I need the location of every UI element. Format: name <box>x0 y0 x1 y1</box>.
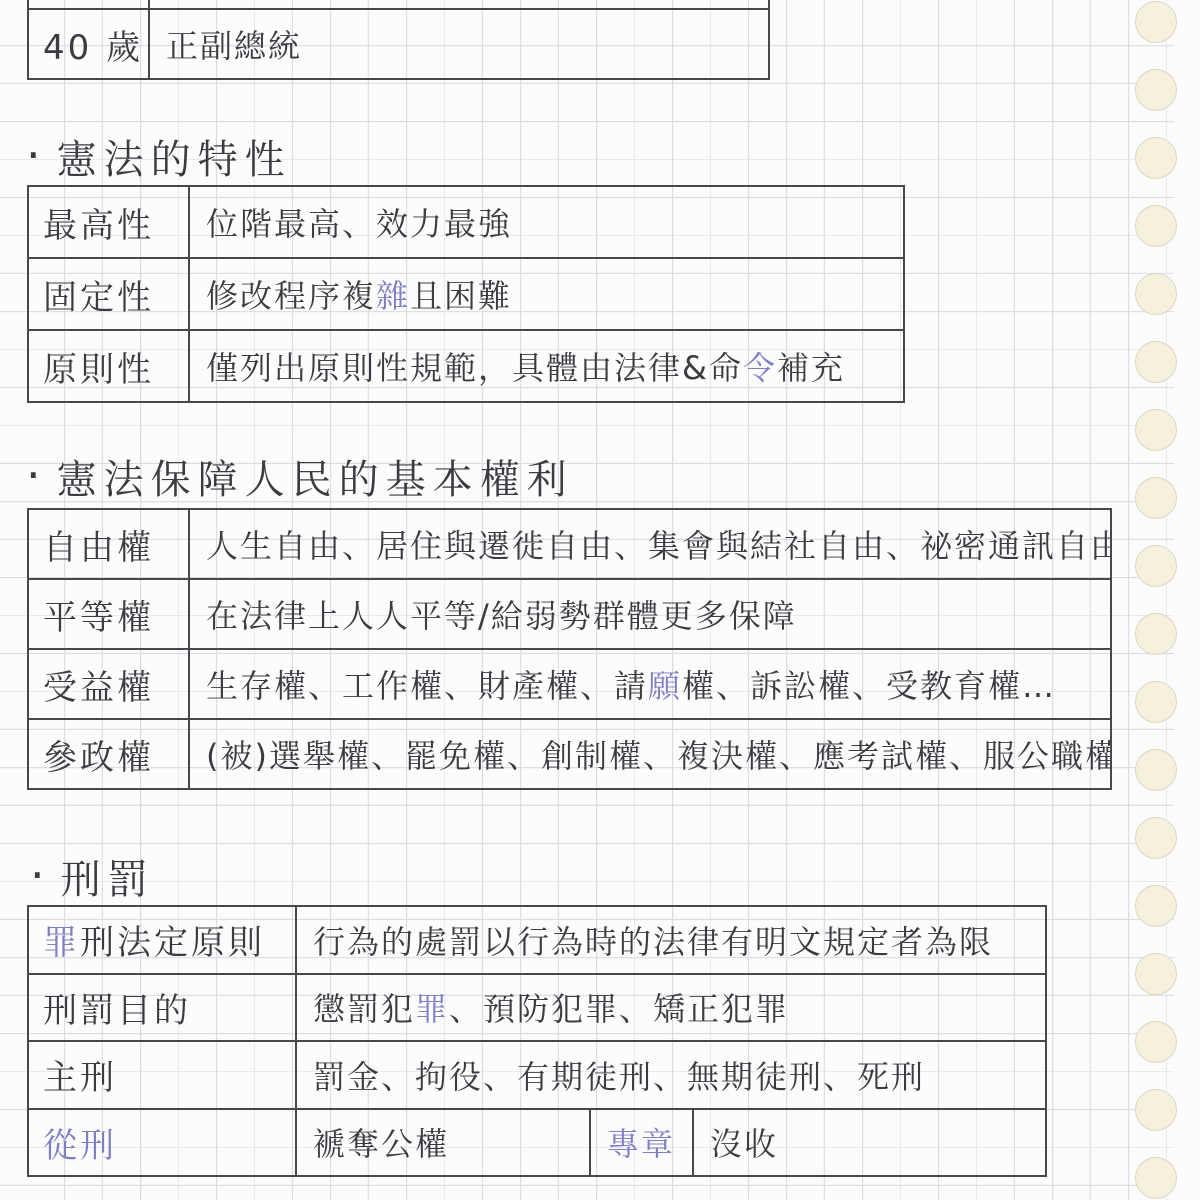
ink-segment: 40 歲 <box>43 20 143 69</box>
row-content: 人生自由、居住與遷徙自由、集會與結社自由、祕密通訊自由… <box>190 510 1110 578</box>
ink-segment: 生存權、工作權、財產權、請 <box>206 661 648 707</box>
row-label: 平等權 <box>29 580 190 648</box>
row-label: 原則性 <box>29 331 190 401</box>
table-row: 刑罰目的 懲罰犯罪、預防犯罪、矯正犯罪 <box>29 973 1045 1041</box>
age-40-label: 40 歲 <box>29 10 150 78</box>
ink-segment: 平等權 <box>43 590 154 639</box>
ink-segment: 正副總統 <box>166 21 302 67</box>
ink-segment: 懲罰犯 <box>313 984 415 1030</box>
constitution-features-table: 最高性 位階最高、效力最強 固定性 修改程序複雜且困難 原則性 僅列出原則性規範… <box>27 185 905 403</box>
ink-segment: 從刑 <box>43 1118 117 1167</box>
section-heading-constitution-features: · 憲法的特性 <box>26 128 292 185</box>
ink-segment: 人生自由、居住與遷徙自由、集會與結社自由、祕密通訊自由… <box>206 521 1110 567</box>
ink-segment: 令 <box>743 343 777 389</box>
heading-text: 刑罰 <box>61 848 155 905</box>
ink-segment: 修改程序複 <box>206 271 376 317</box>
row-content: (被)選舉權、罷免權、創制權、複決權、應考試權、服公職權 <box>190 720 1110 788</box>
table-row-partial <box>29 0 768 8</box>
age-requirements-table: 40 歲 正副總統 <box>27 0 770 80</box>
ink-segment: 罰金、拘役、有期徒刑、無期徒刑、死刑 <box>313 1052 925 1098</box>
basic-rights-table: 自由權 人生自由、居住與遷徙自由、集會與結社自由、祕密通訊自由… 平等權 在法律… <box>27 508 1112 790</box>
ink-segment: 願 <box>648 661 682 707</box>
table-row: 主刑 罰金、拘役、有期徒刑、無期徒刑、死刑 <box>29 1040 1045 1108</box>
ink-segment: 行為的處罰以行為時的法律有明文規定者為限 <box>313 917 993 963</box>
table-row: 固定性 修改程序複雜且困難 <box>29 257 903 329</box>
ink-segment: 專章 <box>607 1119 675 1165</box>
ink-segment: 、預防犯罪、矯正犯罪 <box>449 984 789 1030</box>
row-label: 主刑 <box>29 1042 297 1108</box>
ink-segment: 固定性 <box>43 270 154 319</box>
table-row: 原則性 僅列出原則性規範，具體由法律&命令補充 <box>29 329 903 401</box>
ink-segment: 原則性 <box>43 342 154 391</box>
row-content: 行為的處罰以行為時的法律有明文規定者為限 <box>297 907 1045 973</box>
row-label: 最高性 <box>29 187 190 257</box>
ink-segment: 僅列出原則性規範，具體由法律&命 <box>206 343 743 389</box>
ink-segment: 雜 <box>376 271 410 317</box>
ink-segment: 褫奪公權 <box>313 1119 449 1165</box>
ink-segment: (被)選舉權、罷免權、創制權、複決權、應考試權、服公職權 <box>206 731 1110 777</box>
row-label: 從刑 <box>29 1110 297 1176</box>
row-label: 刑罰目的 <box>29 975 297 1041</box>
row-label: 罪刑法定原則 <box>29 907 297 973</box>
ink-segment: 位階最高、效力最強 <box>206 199 512 245</box>
row-label: 受益權 <box>29 650 190 718</box>
row-content: 生存權、工作權、財產權、請願權、訴訟權、受教育權… <box>190 650 1110 718</box>
ink-segment: 沒收 <box>710 1119 778 1165</box>
bullet-dot: · <box>30 852 45 898</box>
row-content: 懲罰犯罪、預防犯罪、矯正犯罪 <box>297 975 1045 1041</box>
section-heading-punishment: · 刑罰 <box>30 848 155 905</box>
table-row: 最高性 位階最高、效力最強 <box>29 187 903 257</box>
punishment-table: 罪刑法定原則 行為的處罰以行為時的法律有明文規定者為限 刑罰目的 懲罰犯罪、預防… <box>27 905 1047 1177</box>
ink-segment: 參政權 <box>43 730 154 779</box>
bullet-dot: · <box>26 132 41 178</box>
notebook-page: 40 歲 正副總統 · 憲法的特性 最高性 位階最高、效力最強 固定性 修改程序… <box>0 0 1200 1200</box>
row-content: 罰金、拘役、有期徒刑、無期徒刑、死刑 <box>297 1042 1045 1108</box>
row-label: 自由權 <box>29 510 190 578</box>
row-subcell: 沒收 <box>694 1110 1045 1176</box>
ink-segment: 最高性 <box>43 198 154 247</box>
ink-segment: 刑法定原則 <box>80 915 265 964</box>
table-cell-label <box>29 0 150 8</box>
ink-segment: 刑罰目的 <box>43 983 191 1032</box>
ink-segment: 罪 <box>43 915 80 964</box>
section-heading-basic-rights: · 憲法保障人民的基本權利 <box>26 448 574 505</box>
table-row: 參政權 (被)選舉權、罷免權、創制權、複決權、應考試權、服公職權 <box>29 718 1110 788</box>
ink-segment: 權、訴訟權、受教育權… <box>682 661 1056 707</box>
ink-segment: 罪 <box>415 984 449 1030</box>
row-subcell: 褫奪公權 <box>297 1110 591 1176</box>
row-subcell: 專章 <box>591 1110 694 1176</box>
row-content: 修改程序複雜且困難 <box>190 259 903 329</box>
ink-segment: 自由權 <box>43 520 154 569</box>
table-row: 平等權 在法律上人人平等/給弱勢群體更多保障 <box>29 578 1110 648</box>
table-row: 40 歲 正副總統 <box>29 8 768 78</box>
row-content: 僅列出原則性規範，具體由法律&命令補充 <box>190 331 903 401</box>
row-label: 固定性 <box>29 259 190 329</box>
table-cell-content <box>150 0 768 8</box>
row-content: 在法律上人人平等/給弱勢群體更多保障 <box>190 580 1110 648</box>
row-label: 參政權 <box>29 720 190 788</box>
table-row: 罪刑法定原則 行為的處罰以行為時的法律有明文規定者為限 <box>29 907 1045 973</box>
heading-text: 憲法保障人民的基本權利 <box>57 448 574 505</box>
table-row: 自由權 人生自由、居住與遷徙自由、集會與結社自由、祕密通訊自由… <box>29 510 1110 578</box>
table-row: 受益權 生存權、工作權、財產權、請願權、訴訟權、受教育權… <box>29 648 1110 718</box>
table-row: 從刑 褫奪公權 專章 沒收 <box>29 1108 1045 1176</box>
heading-text: 憲法的特性 <box>57 128 292 185</box>
row-content: 位階最高、效力最強 <box>190 187 903 257</box>
ink-segment: 主刑 <box>43 1050 117 1099</box>
ink-segment: 受益權 <box>43 660 154 709</box>
age-40-content: 正副總統 <box>150 10 768 78</box>
ink-segment: 且困難 <box>410 271 512 317</box>
ink-segment: 補充 <box>777 343 845 389</box>
bullet-dot: · <box>26 452 41 498</box>
ink-segment: 在法律上人人平等/給弱勢群體更多保障 <box>206 591 797 637</box>
